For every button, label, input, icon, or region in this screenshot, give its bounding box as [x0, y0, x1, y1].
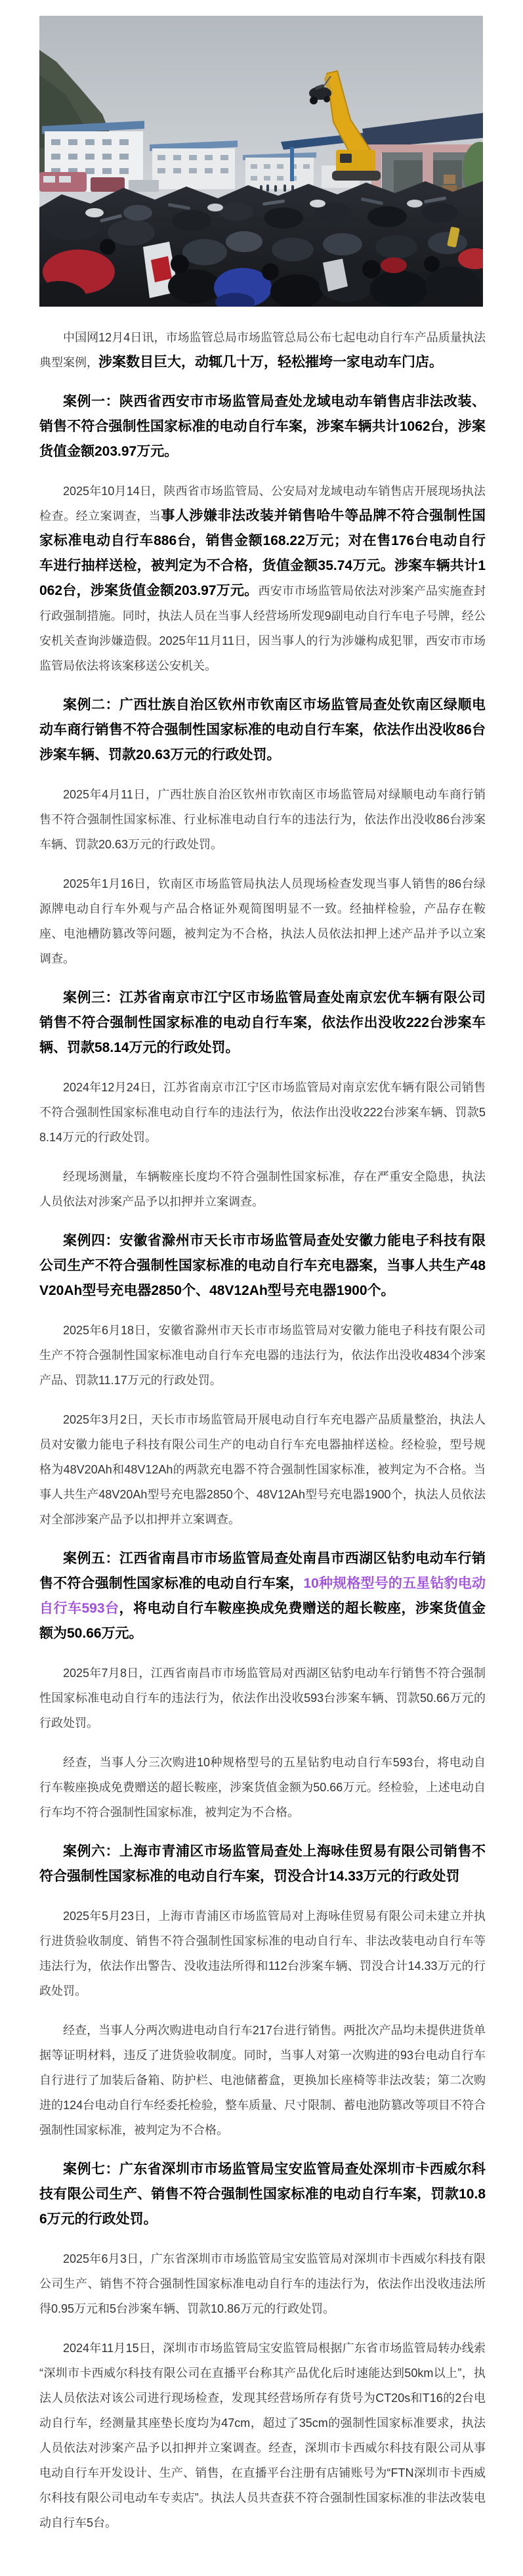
- text-run: 2025年5月23日，上海市青浦区市场监管局对上海咏佳贸易有限公司未建立并执行进…: [39, 1910, 486, 1997]
- article-paragraph: 2025年4月11日，广西壮族自治区钦州市钦南区市场监管局对绿顺电动车商行销售不…: [39, 782, 486, 857]
- text-run: 经查，当事人分两次购进电动自行车217台进行销售。两批次产品均未提供进货单据等证…: [39, 2024, 486, 2137]
- text-run: 经现场测量，车辆鞍座长度均不符合强制性国家标准，存在严重安全隐患，执法人员依法对…: [39, 1170, 486, 1208]
- article-paragraph: 2025年3月2日，天长市市场监管局开展电动自行车充电器产品质量整治，执法人员对…: [39, 1407, 486, 1532]
- article-paragraph: 经查，当事人分三次购进10种规格型号的五星钻豹电动自行车593台，将电动自行车鞍…: [39, 1750, 486, 1825]
- motorcycle-pile: [39, 181, 483, 307]
- article-paragraph: 案例二：广西壮族自治区钦州市钦南区市场监管局查处钦南区绿顺电动车商行销售不符合强…: [39, 693, 486, 768]
- article-paragraph: 经查，当事人分两次购进电动自行车217台进行销售。两批次产品均未提供进货单据等证…: [39, 2018, 486, 2143]
- article-paragraph: 案例一：陕西省西安市市场监管局查处龙域电动车销售店非法改装、销售不符合强制性国家…: [39, 389, 486, 464]
- text-run: 2025年4月11日，广西壮族自治区钦州市钦南区市场监管局对绿顺电动车商行销售不…: [39, 788, 486, 851]
- text-run: 案例七：广东省深圳市市场监管局宝安监管局查处深圳市卡西威尔科技有限公司生产、销售…: [39, 2162, 486, 2227]
- article-paragraph: 2024年12月24日，江苏省南京市江宁区市场监管局对南京宏优车辆有限公司销售不…: [39, 1075, 486, 1150]
- text-run: 2025年1月16日，钦南区市场监管局执法人员现场检查发现当事人销售的86台绿源…: [39, 877, 486, 965]
- article-paragraph: 2025年1月16日，钦南区市场监管局执法人员现场检查发现当事人销售的86台绿源…: [39, 871, 486, 971]
- text-run: 案例一：陕西省西安市市场监管局查处龙域电动车销售店非法改装、销售不符合强制性国家…: [39, 394, 486, 459]
- article-paragraph: 2024年11月15日，深圳市市场监管局宝安监管局根据广东省市场监管局转办线索“…: [39, 2336, 486, 2535]
- article-paragraph: 2025年6月18日，安徽省滁州市天长市市场监管局对安徽力能电子科技有限公司生产…: [39, 1318, 486, 1393]
- article-body: 中国网12月4日讯，市场监管总局市场监管总局公布七起电动自行车产品质量执法典型案…: [0, 325, 523, 2576]
- article-paragraph: 2025年6月3日，广东省深圳市市场监管局宝安监管局对深圳市卡西威尔科技有限公司…: [39, 2246, 486, 2321]
- text-run: 2025年6月18日，安徽省滁州市天长市市场监管局对安徽力能电子科技有限公司生产…: [39, 1324, 486, 1387]
- text-run: 案例三：江苏省南京市江宁区市场监管局查处南京宏优车辆有限公司销售不符合强制性国家…: [39, 990, 486, 1055]
- text-run: 2024年11月15日，深圳市市场监管局宝安监管局根据广东省市场监管局转办线索“…: [39, 2342, 486, 2529]
- article-paragraph: 中国网12月4日讯，市场监管总局市场监管总局公布七起电动自行车产品质量执法典型案…: [39, 325, 486, 375]
- article-paragraph: 2025年5月23日，上海市青浦区市场监管局对上海咏佳贸易有限公司未建立并执行进…: [39, 1904, 486, 2003]
- text-run: 2025年7月8日，江西省南昌市市场监管局对西湖区钻豹电动车行销售不符合强制性国…: [39, 1667, 486, 1730]
- article-paragraph: 2025年10月14日，陕西省市场监管局、公安局对龙域电动车销售店开展现场执法检…: [39, 479, 486, 678]
- article-paragraph: 2025年7月8日，江西省南昌市市场监管局对西湖区钻豹电动车行销售不符合强制性国…: [39, 1661, 486, 1736]
- article-paragraph: 经现场测量，车辆鞍座长度均不符合强制性国家标准，存在严重安全隐患，执法人员依法对…: [39, 1164, 486, 1214]
- text-run: 涉案数目巨大，动辄几十万，轻松摧垮一家电动车门店。: [98, 355, 443, 370]
- hero-photo: [39, 16, 483, 307]
- article-paragraph: 案例四：安徽省滁州市天长市市场监管局查处安徽力能电子科技有限公司生产不符合强制性…: [39, 1229, 486, 1303]
- article-paragraph: 案例七：广东省深圳市市场监管局宝安监管局查处深圳市卡西威尔科技有限公司生产、销售…: [39, 2157, 486, 2232]
- article-paragraph: 案例六：上海市青浦区市场监管局查处上海咏佳贸易有限公司销售不符合强制性国家标准的…: [39, 1839, 486, 1889]
- text-run: 经查，当事人分三次购进10种规格型号的五星钻豹电动自行车593台，将电动自行车鞍…: [39, 1756, 486, 1819]
- article-page: 中国网12月4日讯，市场监管总局市场监管总局公布七起电动自行车产品质量执法典型案…: [0, 16, 523, 2576]
- article-paragraph: 案例五：江西省南昌市市场监管局查处南昌市西湖区钻豹电动车行销售不符合强制性国家标…: [39, 1546, 486, 1646]
- text-run: 2025年6月3日，广东省深圳市市场监管局宝安监管局对深圳市卡西威尔科技有限公司…: [39, 2252, 486, 2315]
- hero-photo-illustration: [39, 16, 483, 307]
- article-paragraph: 案例三：江苏省南京市江宁区市场监管局查处南京宏优车辆有限公司销售不符合强制性国家…: [39, 986, 486, 1060]
- text-run: 案例二：广西壮族自治区钦州市钦南区市场监管局查处钦南区绿顺电动车商行销售不符合强…: [39, 697, 486, 762]
- text-run: 2024年12月24日，江苏省南京市江宁区市场监管局对南京宏优车辆有限公司销售不…: [39, 1081, 486, 1144]
- text-run: 案例四：安徽省滁州市天长市市场监管局查处安徽力能电子科技有限公司生产不符合强制性…: [39, 1233, 486, 1298]
- text-run: 2025年3月2日，天长市市场监管局开展电动自行车充电器产品质量整治，执法人员对…: [39, 1413, 486, 1526]
- text-run: 案例六：上海市青浦区市场监管局查处上海咏佳贸易有限公司销售不符合强制性国家标准的…: [39, 1844, 486, 1884]
